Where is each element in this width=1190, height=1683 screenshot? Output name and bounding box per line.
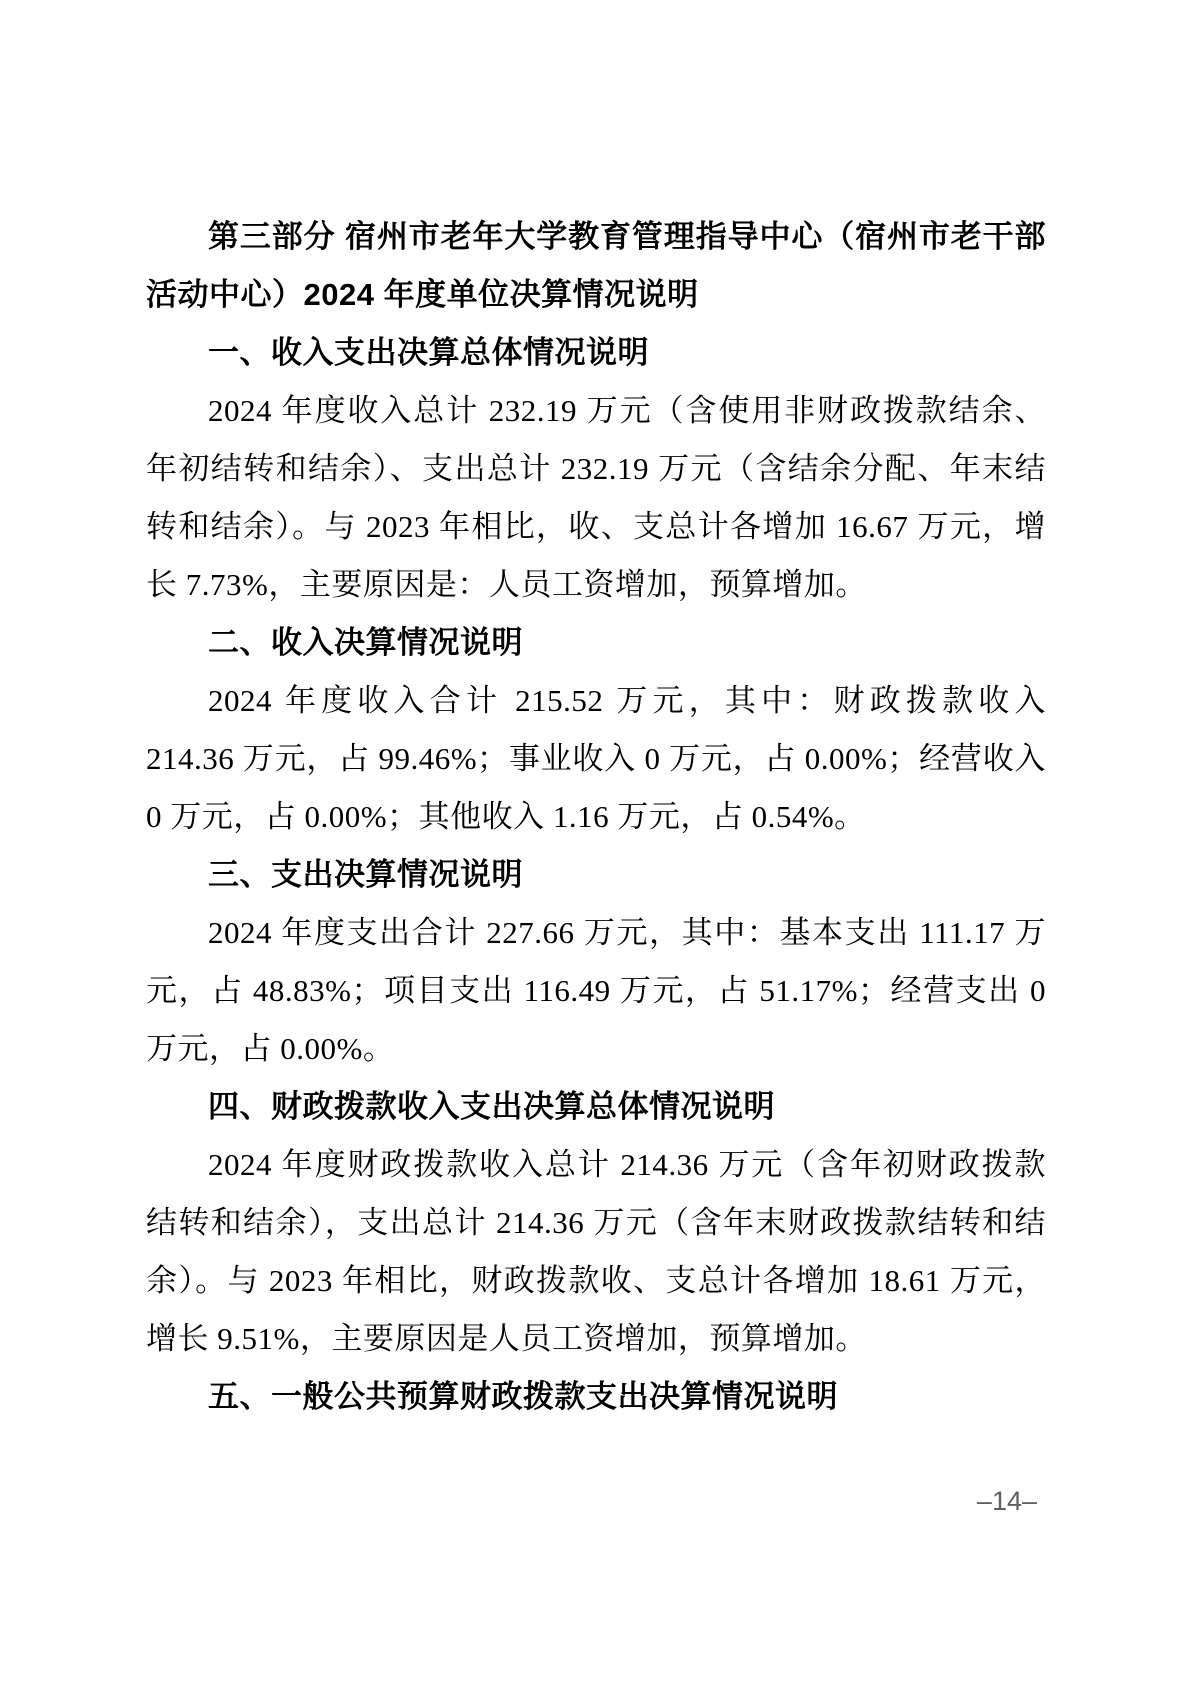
- section-general-public-budget: 五、一般公共预算财政拨款支出决算情况说明: [146, 1368, 1046, 1426]
- section-income-statement: 二、收入决算情况说明 2024 年度收入合计 215.52 万元，其中：财政拨款…: [146, 614, 1046, 846]
- section-heading-2: 二、收入决算情况说明: [146, 614, 1046, 672]
- content-area: 第三部分 宿州市老年大学教育管理指导中心（宿州市老干部活动中心）2024 年度单…: [146, 208, 1046, 1426]
- section-expenditure-statement: 三、支出决算情况说明 2024 年度支出合计 227.66 万元，其中：基本支出…: [146, 846, 1046, 1078]
- section-heading-3: 三、支出决算情况说明: [146, 846, 1046, 904]
- section-heading-1: 一、收入支出决算总体情况说明: [146, 324, 1046, 382]
- section-paragraph-4: 2024 年度财政拨款收入总计 214.36 万元（含年初财政拨款结转和结余），…: [146, 1136, 1046, 1368]
- page-number: –14–: [977, 1486, 1037, 1516]
- document-title: 第三部分 宿州市老年大学教育管理指导中心（宿州市老干部活动中心）2024 年度单…: [146, 208, 1046, 324]
- section-paragraph-2: 2024 年度收入合计 215.52 万元，其中：财政拨款收入 214.36 万…: [146, 672, 1046, 846]
- section-fiscal-appropriation-overview: 四、财政拨款收入支出决算总体情况说明 2024 年度财政拨款收入总计 214.3…: [146, 1078, 1046, 1368]
- section-income-expenditure-overview: 一、收入支出决算总体情况说明 2024 年度收入总计 232.19 万元（含使用…: [146, 324, 1046, 614]
- section-paragraph-1: 2024 年度收入总计 232.19 万元（含使用非财政拨款结余、年初结转和结余…: [146, 382, 1046, 614]
- section-paragraph-3: 2024 年度支出合计 227.66 万元，其中：基本支出 111.17 万元，…: [146, 904, 1046, 1078]
- section-heading-4: 四、财政拨款收入支出决算总体情况说明: [146, 1078, 1046, 1136]
- section-heading-5: 五、一般公共预算财政拨款支出决算情况说明: [146, 1368, 1046, 1426]
- document-page: 第三部分 宿州市老年大学教育管理指导中心（宿州市老干部活动中心）2024 年度单…: [0, 0, 1190, 1683]
